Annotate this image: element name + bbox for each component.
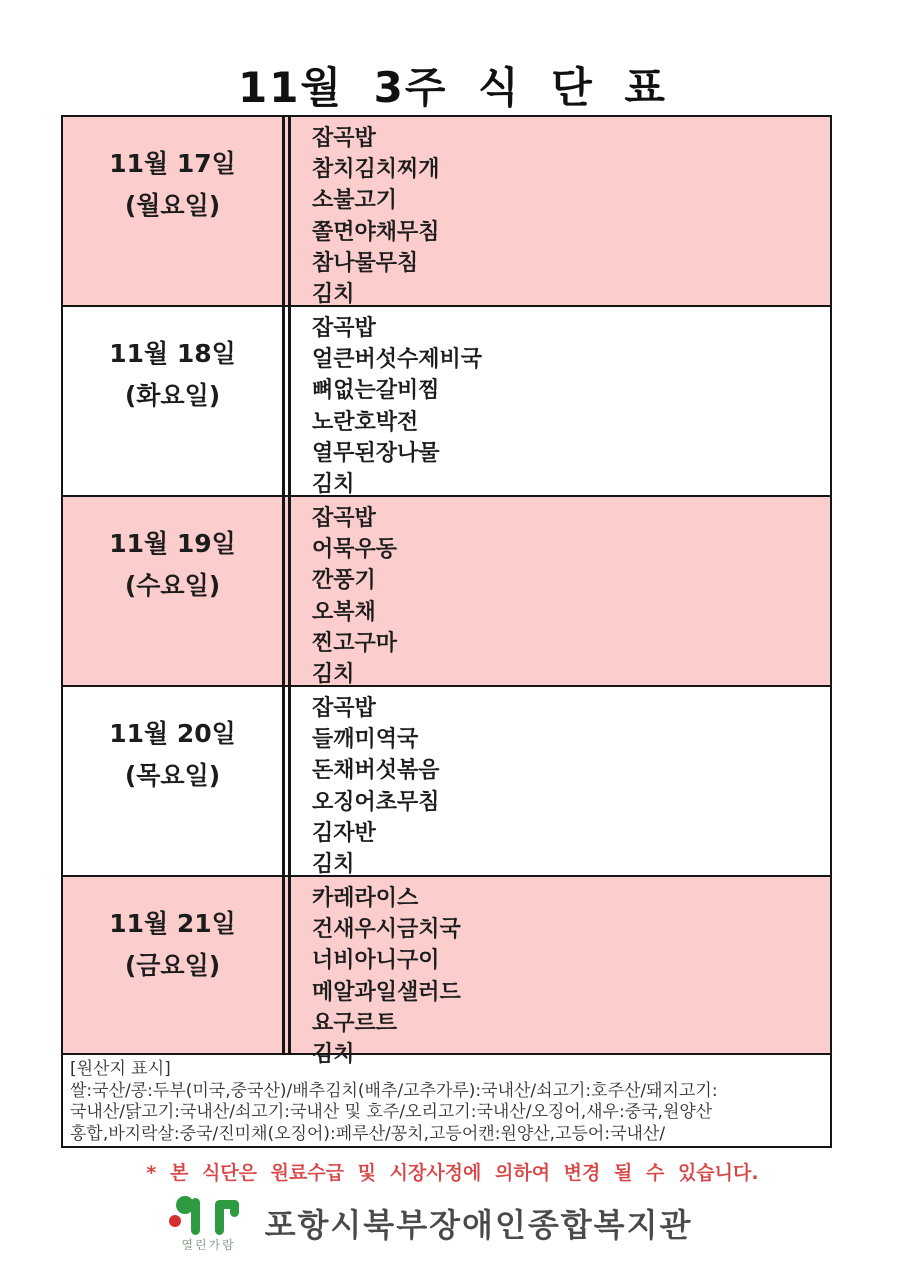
date-label: 11월 21일: [63, 903, 282, 945]
menu-item: 뼈없는갈비찜: [312, 375, 830, 406]
change-notice: * 본 식단은 원료수급 및 시장사정에 의하여 변경 될 수 있습니다.: [0, 1158, 905, 1185]
menu-item: 쫄면야채무침: [312, 217, 830, 248]
weekday-label: (월요일): [63, 185, 282, 227]
menu-item: 참나물무침: [312, 248, 830, 279]
origin-line-3: 홍합,바지락살:중국/진미채(오징어):페루산/꽁치,고등어캔:원양산,고등어:…: [70, 1124, 823, 1146]
date-cell: 11월 17일(월요일): [63, 117, 282, 305]
menu-item: 김치: [312, 469, 830, 500]
menu-item: 잡곡밥: [312, 503, 830, 534]
menu-item: 메알과일샐러드: [312, 977, 830, 1008]
date-cell: 11월 20일(목요일): [63, 687, 282, 875]
logo-text: 열린가람: [181, 1236, 235, 1253]
weekday-label: (수요일): [63, 565, 282, 607]
date-label: 11월 17일: [63, 143, 282, 185]
menu-item: 오복채: [312, 597, 830, 628]
menu-item: 열무된장나물: [312, 438, 830, 469]
origin-line-2: 국내산/닭고기:국내산/쇠고기:국내산 및 호주/오리고기:국내산/오징어,새우…: [70, 1102, 823, 1124]
menu-item: 너비아니구이: [312, 945, 830, 976]
date-cell: 11월 19일(수요일): [63, 497, 282, 685]
menu-item: 김치: [312, 659, 830, 690]
origin-line-1: 쌀:국산/콩:두부(미국,중국산)/배추김치(배추/고추가루):국내산/쇠고기:…: [70, 1081, 823, 1103]
menu-cell: 잡곡밥참치김치찌개소불고기쫄면야채무침참나물무침김치: [282, 117, 830, 305]
weekly-meal-plan-document: 11월 3주 식 단 표 11월 17일(월요일)잡곡밥참치김치찌개소불고기쫄면…: [0, 0, 905, 1280]
menu-item: 찐고구마: [312, 628, 830, 659]
menu-item: 김치: [312, 1039, 830, 1070]
menu-cell: 카레라이스건새우시금치국너비아니구이메알과일샐러드요구르트김치: [282, 877, 830, 1053]
menu-item: 김자반: [312, 818, 830, 849]
footer: 열린가람 포항시북부장애인종합복지관: [0, 1193, 880, 1253]
weekday-label: (화요일): [63, 375, 282, 417]
table-row: 11월 20일(목요일)잡곡밥들깨미역국돈채버섯볶음오징어초무침김자반김치: [63, 687, 830, 877]
weekday-label: (금요일): [63, 945, 282, 987]
menu-item: 잡곡밥: [312, 693, 830, 724]
date-label: 11월 18일: [63, 333, 282, 375]
menu-item: 노란호박전: [312, 407, 830, 438]
meal-table: 11월 17일(월요일)잡곡밥참치김치찌개소불고기쫄면야채무침참나물무침김치11…: [61, 115, 832, 1055]
menu-item: 돈채버섯볶음: [312, 755, 830, 786]
date-label: 11월 20일: [63, 713, 282, 755]
menu-item: 깐풍기: [312, 565, 830, 596]
menu-item: 잡곡밥: [312, 313, 830, 344]
table-row: 11월 19일(수요일)잡곡밥어묵우동깐풍기오복채찐고구마김치: [63, 497, 830, 687]
date-cell: 11월 18일(화요일): [63, 307, 282, 495]
date-cell: 11월 21일(금요일): [63, 877, 282, 1053]
menu-item: 잡곡밥: [312, 123, 830, 154]
menu-cell: 잡곡밥들깨미역국돈채버섯볶음오징어초무침김자반김치: [282, 687, 830, 875]
menu-item: 어묵우동: [312, 534, 830, 565]
menu-item: 카레라이스: [312, 883, 830, 914]
menu-item: 요구르트: [312, 1008, 830, 1039]
table-row: 11월 17일(월요일)잡곡밥참치김치찌개소불고기쫄면야채무침참나물무침김치: [63, 117, 830, 307]
date-label: 11월 19일: [63, 523, 282, 565]
menu-cell: 잡곡밥어묵우동깐풍기오복채찐고구마김치: [282, 497, 830, 685]
menu-item: 건새우시금치국: [312, 914, 830, 945]
menu-item: 오징어초무침: [312, 787, 830, 818]
table-row: 11월 21일(금요일)카레라이스건새우시금치국너비아니구이메알과일샐러드요구르…: [63, 877, 830, 1053]
organization-name: 포항시북부장애인종합복지관: [265, 1200, 693, 1246]
menu-item: 들깨미역국: [312, 724, 830, 755]
page-title: 11월 3주 식 단 표: [0, 64, 905, 112]
menu-cell: 잡곡밥얼큰버섯수제비국뼈없는갈비찜노란호박전열무된장나물김치: [282, 307, 830, 495]
menu-item: 얼큰버섯수제비국: [312, 344, 830, 375]
menu-item: 김치: [312, 279, 830, 310]
menu-item: 참치김치찌개: [312, 154, 830, 185]
table-row: 11월 18일(화요일)잡곡밥얼큰버섯수제비국뼈없는갈비찜노란호박전열무된장나물…: [63, 307, 830, 497]
logo: 열린가람: [163, 1193, 255, 1253]
menu-item: 김치: [312, 849, 830, 880]
open-garam-logo-icon: [167, 1193, 251, 1237]
menu-item: 소불고기: [312, 185, 830, 216]
weekday-label: (목요일): [63, 755, 282, 797]
